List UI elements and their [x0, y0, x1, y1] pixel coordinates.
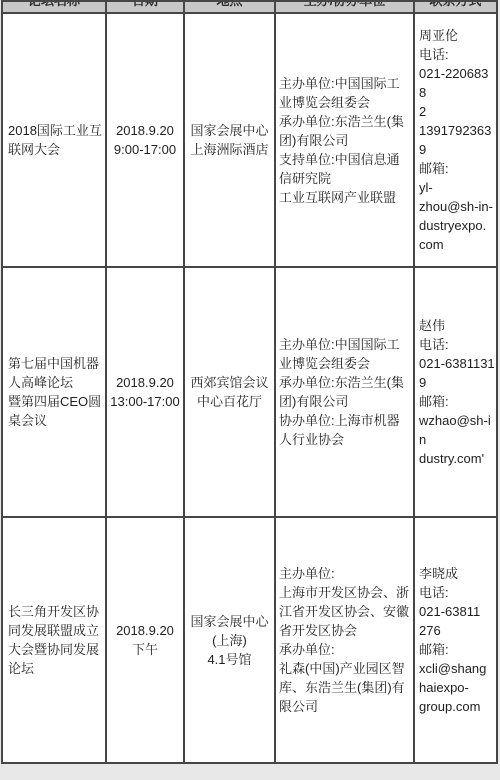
- header-contact: 联系方式: [414, 1, 497, 13]
- contact-cell: 李晓成 电话: 021-63811 276 邮箱: xcli@shang hai…: [414, 517, 497, 763]
- events-table: 论坛名称 日期 地点 主办/协办单位 联系方式 2018国际工业互 联网大会 2…: [1, 0, 498, 764]
- event-name-cell: 2018国际工业互 联网大会: [2, 13, 106, 267]
- organizers-cell: 主办单位:中国国际工 业博览会组委会 承办单位:东浩兰生(集 团)有限公司 协办…: [275, 267, 414, 517]
- table-row: 长三角开发区协 同发展联盟成立 大会暨协同发展 论坛 2018.9.20 下午 …: [2, 517, 497, 763]
- event-name-cell: 长三角开发区协 同发展联盟成立 大会暨协同发展 论坛: [2, 517, 106, 763]
- date-cell: 2018.9.20 9:00-17:00: [106, 13, 184, 267]
- header-date: 日期: [106, 1, 184, 13]
- page: 论坛名称 日期 地点 主办/协办单位 联系方式 2018国际工业互 联网大会 2…: [0, 0, 500, 780]
- table-row: 第七届中国机器 人高峰论坛 暨第四届CEO圆 桌会议 2018.9.20 13:…: [2, 267, 497, 517]
- contact-cell: 赵伟 电话: 021-6381131 9 邮箱: wzhao@sh-in dus…: [414, 267, 497, 517]
- date-cell: 2018.9.20 13:00-17:00: [106, 267, 184, 517]
- header-event-name: 论坛名称: [2, 1, 106, 13]
- event-name-cell: 第七届中国机器 人高峰论坛 暨第四届CEO圆 桌会议: [2, 267, 106, 517]
- venue-cell: 国家会展中心 (上海) 4.1号馆: [184, 517, 275, 763]
- table-header-row: 论坛名称 日期 地点 主办/协办单位 联系方式: [2, 1, 497, 13]
- header-organizers: 主办/协办单位: [275, 1, 414, 13]
- contact-cell: 周亚伦 电话: 021-2206838 2 13917923639 邮箱: yl…: [414, 13, 497, 267]
- venue-cell: 国家会展中心 上海洲际酒店: [184, 13, 275, 267]
- date-cell: 2018.9.20 下午: [106, 517, 184, 763]
- organizers-cell: 主办单位: 上海市开发区协会、浙 江省开发区协会、安徽 省开发区协会 承办单位:…: [275, 517, 414, 763]
- header-venue: 地点: [184, 1, 275, 13]
- venue-cell: 西郊宾馆会议 中心百花厅: [184, 267, 275, 517]
- organizers-cell: 主办单位:中国国际工 业博览会组委会 承办单位:东浩兰生(集 团)有限公司 支持…: [275, 13, 414, 267]
- table-row: 2018国际工业互 联网大会 2018.9.20 9:00-17:00 国家会展…: [2, 13, 497, 267]
